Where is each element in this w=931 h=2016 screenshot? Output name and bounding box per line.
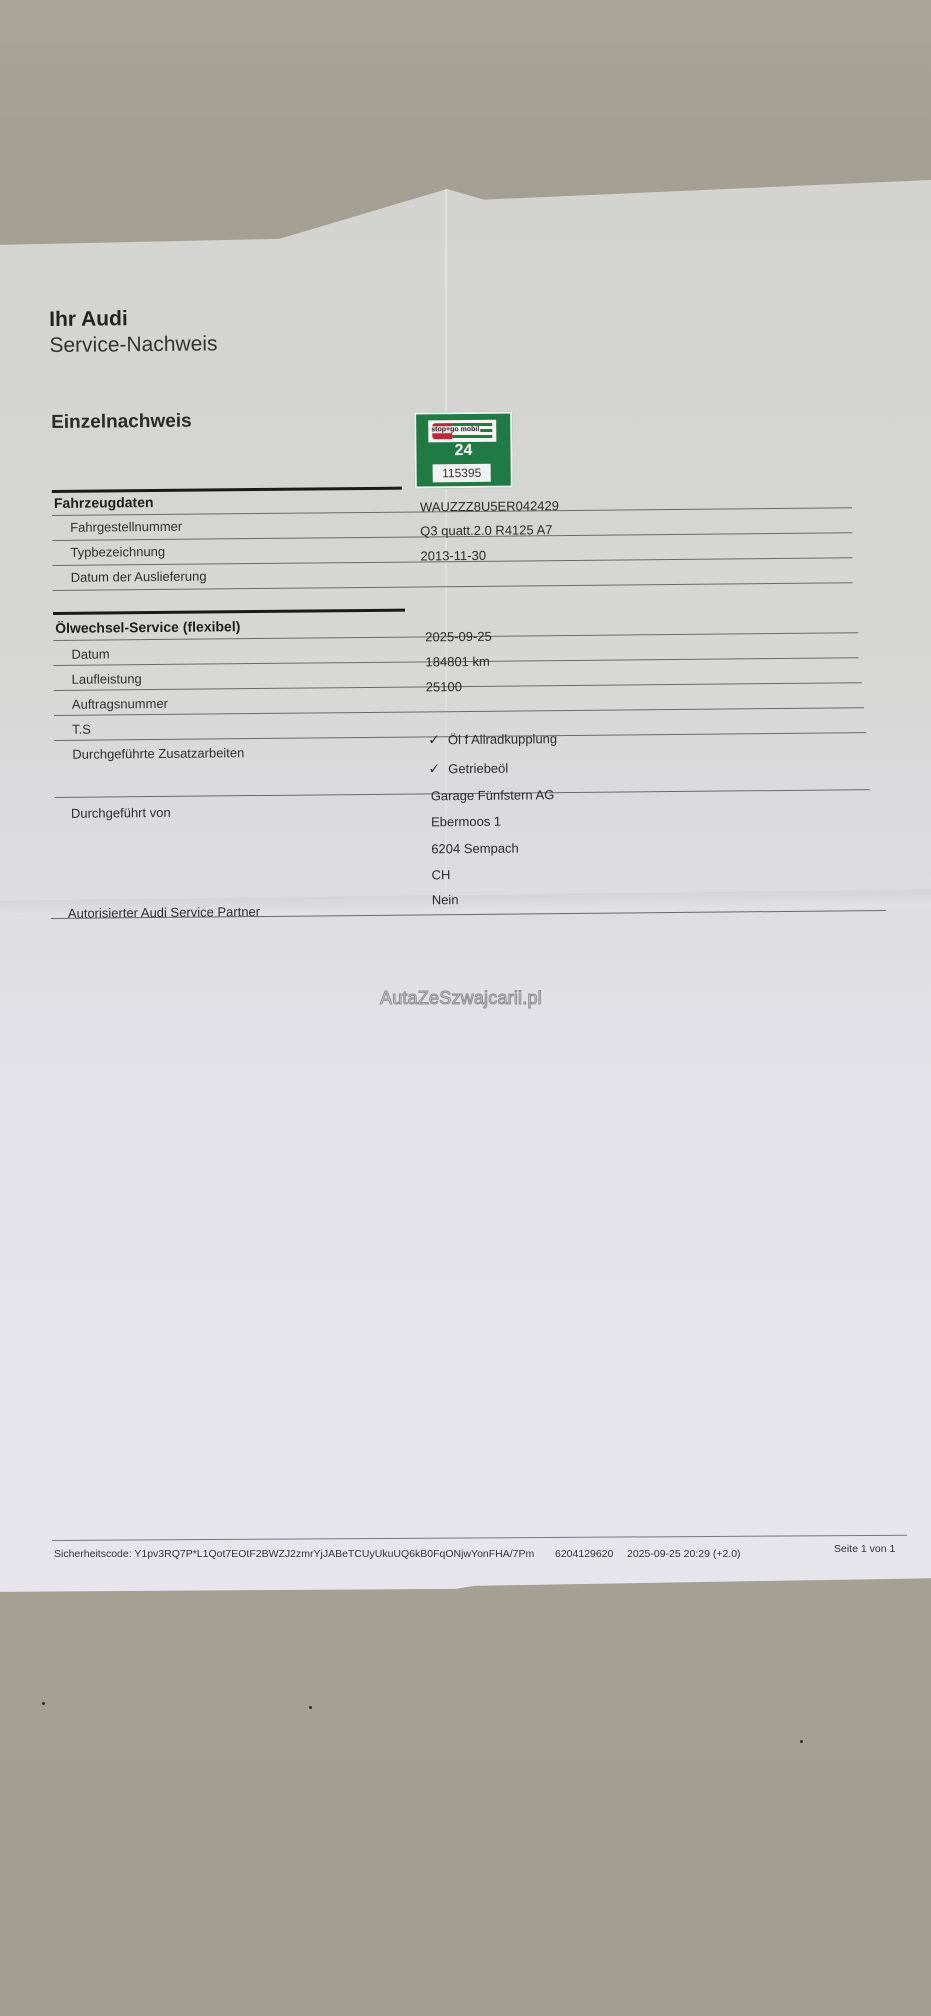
sticker-brand: stop+go mobil [430,426,480,433]
extra-work-text: Getriebeöl [448,761,508,777]
vin-value: WAUZZZ8U5ER042429 [420,498,559,514]
garage-street: Ebermoos 1 [431,814,501,830]
footer-timestamp: 2025-09-25 20:29 (+2.0) [627,1548,741,1560]
section-divider [52,487,402,493]
service-sticker: stop+go mobil 24 115395 [414,412,513,489]
delivery-date-label: Datum der Auslieferung [71,569,207,585]
vin-label: Fahrgestellnummer [70,519,182,535]
extra-work-label: Durchgeführte Zusatzarbeiten [72,745,244,762]
sticker-number: 115395 [433,464,491,483]
document-title: Ihr Audi [49,307,128,332]
extra-work-item: ✓Getriebeöl [428,760,508,778]
garage-country: CH [431,867,450,882]
record-type-heading: Einzelnachweis [51,411,192,434]
extra-work-item: ✓Öl f Allradkupplung [428,730,557,748]
ts-label: T.S [72,722,91,737]
service-section-heading: Ölwechsel-Service (flexibel) [55,618,240,636]
document-subtitle: Service-Nachweis [49,332,217,358]
sticker-logo-icon: stop+go mobil [428,420,496,443]
row-rule [54,707,864,716]
check-icon: ✓ [428,731,440,748]
service-date-label: Datum [71,646,109,661]
service-date-value: 2025-09-25 [425,629,492,645]
footer-reference: 6204129620 [555,1548,613,1560]
garage-name: Garage Fünfstern AG [431,787,555,803]
surface-speck [309,1706,312,1709]
type-value: Q3 quatt.2.0 R4125 A7 [420,522,552,538]
section-divider [53,609,405,615]
order-number-value: 25100 [426,679,462,694]
mileage-label: Laufleistung [72,671,142,687]
page-number: Seite 1 von 1 [834,1543,895,1555]
type-label: Typbezeichnung [70,544,165,560]
check-icon: ✓ [428,760,440,777]
garage-city: 6204 Sempach [431,841,519,857]
order-number-label: Auftragsnummer [72,696,168,712]
extra-work-text: Öl f Allradkupplung [448,731,557,747]
security-code: Sicherheitscode: Y1pv3RQ7P*L1Qot7EOtF2BW… [54,1548,534,1560]
delivery-date-value: 2013-11-30 [420,548,486,564]
sticker-year: 24 [416,442,510,461]
performed-by-label: Durchgeführt von [71,805,171,821]
vehicle-section-heading: Fahrzeugdaten [54,494,154,511]
surface-speck [42,1702,45,1705]
mileage-value: 184801 km [425,654,489,670]
watermark: AutaZeSzwajcarii.pl [380,988,542,1009]
surface-speck [800,1740,803,1743]
authorized-partner-value: Nein [432,892,459,907]
